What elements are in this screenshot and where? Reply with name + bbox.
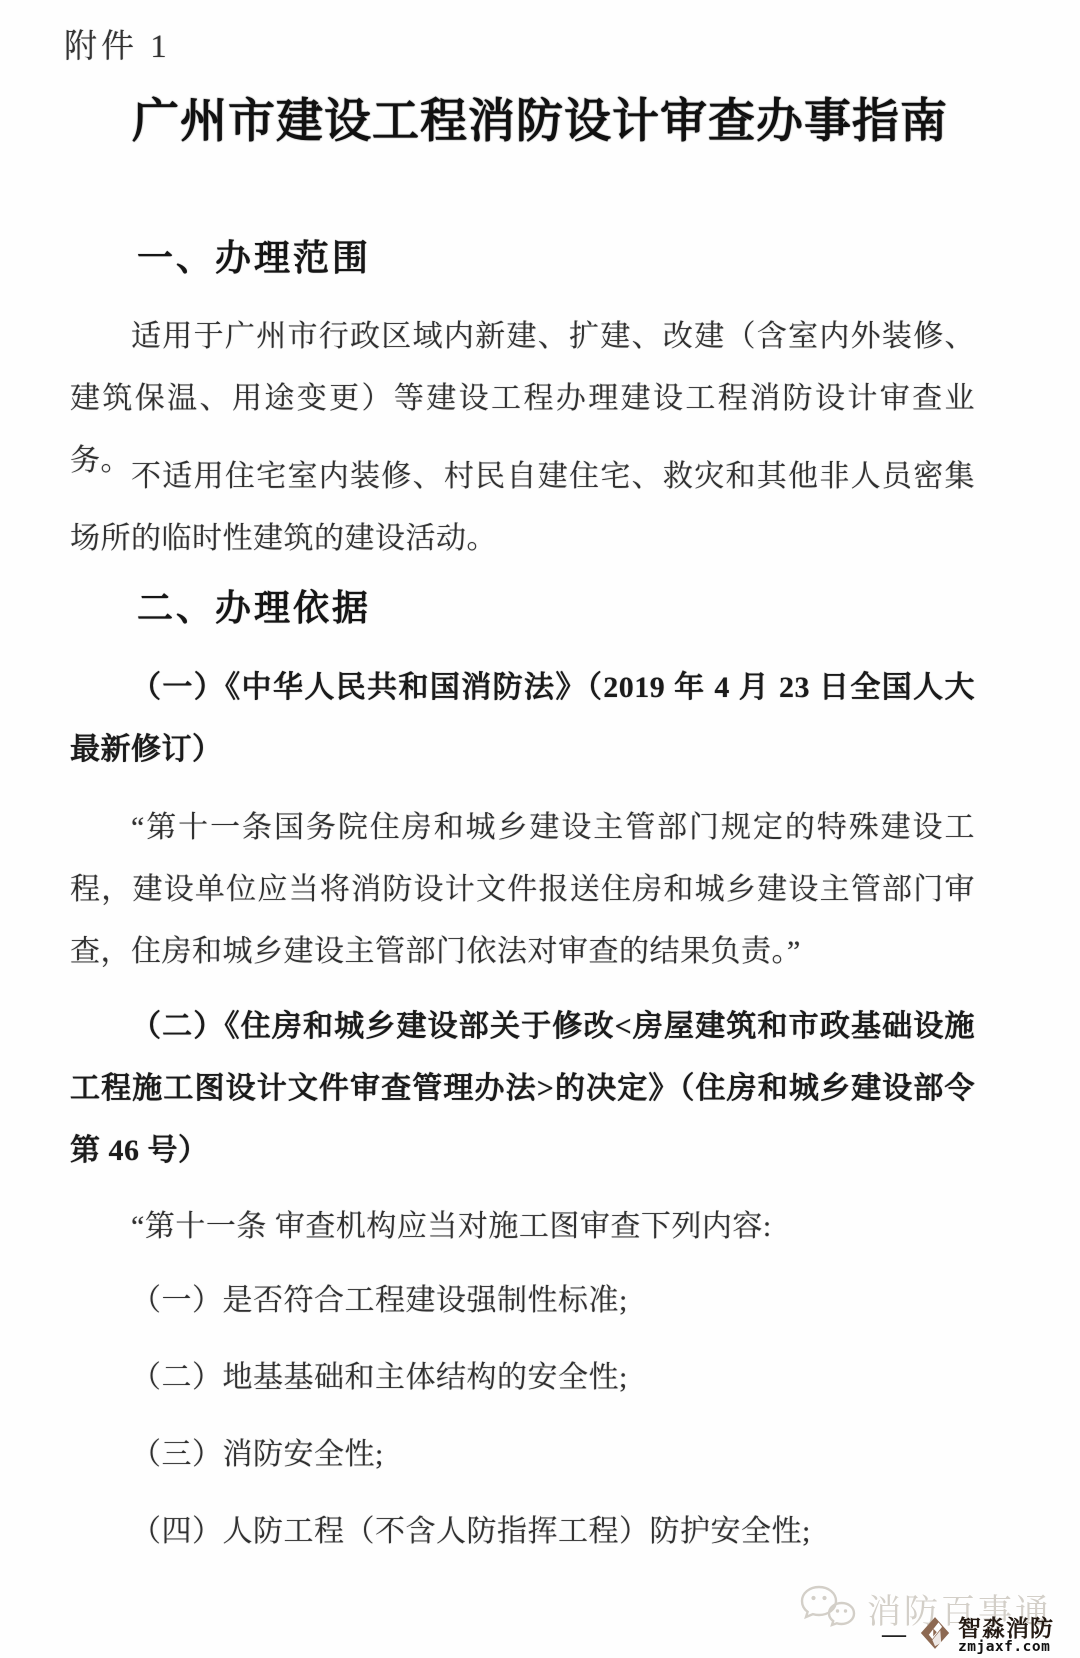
review-item-4: （四）人防工程（不含人防指挥工程）防护安全性;	[70, 1501, 975, 1563]
document-title: 广州市建设工程消防设计审查办事指南	[0, 84, 1080, 151]
zmjaxf-logo: — 智淼消防 zmjaxf.com	[882, 1616, 1054, 1655]
logo-url: zmjaxf.com	[958, 1640, 1054, 1655]
scope-paragraph-2: 不适用住宅室内装修、村民自建住宅、救灾和其他非人员密集场所的临时性建筑的建设活动…	[70, 446, 975, 570]
document-page: 附件 1 广州市建设工程消防设计审查办事指南 一、办理范围 适用于广州市行政区域…	[0, 0, 1080, 1658]
diamond-logo-icon	[920, 1616, 950, 1655]
legal-basis-2-heading: （二）《住房和城乡建设部关于修改<房屋建筑和市政基础设施工程施工图设计文件审查管…	[70, 996, 975, 1182]
review-item-2: （二）地基基础和主体结构的安全性;	[70, 1347, 975, 1409]
logo-name: 智淼消防	[958, 1616, 1054, 1640]
attachment-label: 附件 1	[64, 20, 171, 67]
review-item-1: （一）是否符合工程建设强制性标准;	[70, 1270, 975, 1332]
section-1-heading: 一、办理范围	[137, 238, 371, 278]
wechat-bubbles-icon	[799, 1584, 857, 1633]
review-item-3: （三）消防安全性;	[70, 1424, 975, 1486]
legal-basis-1-heading: （一）《中华人民共和国消防法》（2019 年 4 月 23 日全国人大最新修订）	[70, 657, 975, 781]
logo-dash: —	[882, 1622, 906, 1649]
section-2-heading: 二、办理依据	[137, 588, 371, 628]
legal-basis-2-quote: “第十一条 审查机构应当对施工图审查下列内容:	[70, 1196, 975, 1258]
legal-basis-1-quote: “第十一条国务院住房和城乡建设主管部门规定的特殊建设工程，建设单位应当将消防设计…	[70, 797, 975, 983]
